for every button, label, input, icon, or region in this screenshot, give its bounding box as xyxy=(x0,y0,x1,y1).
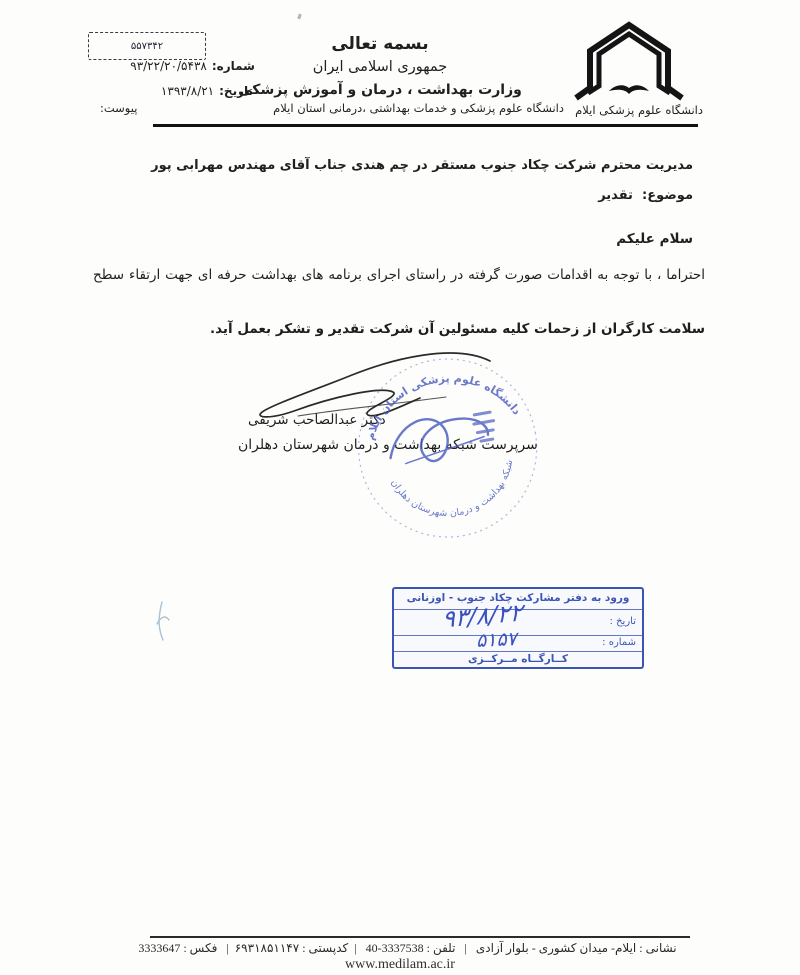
footer-fax: فکس : 3333647 xyxy=(138,941,217,955)
stamp-arc-bottom-text: شبکه بهداشت و درمان شهرستان دهلران xyxy=(388,457,524,529)
republic-heading: جمهوری اسلامی ایران xyxy=(280,59,480,75)
subject-line: موضوع: تقدیر xyxy=(598,188,693,203)
footer-phone: تلفن : 3337538-40 xyxy=(366,941,456,955)
subject-label: موضوع: xyxy=(642,188,693,203)
footer-rule xyxy=(150,936,690,938)
university-line: دانشگاه علوم پزشکی و خدمات بهداشتی ،درما… xyxy=(100,101,564,115)
footer-postal: کدپستی : ۶۹۳۱۸۵۱۱۴۷ xyxy=(235,941,348,955)
footer-contact-line: نشانی : ایلام- میدان کشوری - بلوار آزادی… xyxy=(110,941,705,956)
footer-divider: | xyxy=(464,941,466,955)
number-value: ۹۳/۲۲/۲۰/۵۴۳۸ xyxy=(130,59,207,73)
footer-website: www.medilam.ac.ir xyxy=(0,957,800,973)
letterhead-serial-box: ۵۵۷۳۴۲ xyxy=(88,32,206,60)
header-rule xyxy=(153,124,698,127)
receipt-date-label: تاریخ : xyxy=(610,616,636,627)
subject-value: تقدیر xyxy=(598,188,633,203)
round-stamp: دانشگاه علوم پزشکی استان ایلام شبکه بهدا… xyxy=(336,337,559,563)
svg-text:دانشگاه علوم پزشکی استان ایلام: دانشگاه علوم پزشکی استان ایلام xyxy=(354,359,524,444)
attachment-label: پیوست: xyxy=(100,101,137,115)
university-full-name: دانشگاه علوم پزشکی و خدمات بهداشتی ،درما… xyxy=(273,101,564,115)
university-logo-icon xyxy=(562,20,696,102)
serial-number: ۵۵۷۳۴۲ xyxy=(131,41,163,52)
letter-number-line: شماره:۹۳/۲۲/۲۰/۵۴۳۸ xyxy=(130,59,255,73)
university-short-name: دانشگاه علوم پزشکی ایلام xyxy=(575,103,703,117)
date-value: ۱۳۹۳/۸/۲۱ xyxy=(161,84,214,98)
receipt-footer: کــارگــاه مــرکــزی xyxy=(394,653,642,665)
scanned-letter-page: ۵۵۷۳۴۲ شماره:۹۳/۲۲/۲۰/۵۴۳۸ تاریخ:۱۳۹۳/۸/… xyxy=(0,0,800,975)
receipt-number-label: شماره : xyxy=(602,637,636,648)
scan-speck xyxy=(297,14,302,20)
recipient-line: مدیریت محترم شرکت چکاد جنوب مستقر در چم … xyxy=(151,158,693,173)
svg-text:شبکه بهداشت و درمان شهرستان ده: شبکه بهداشت و درمان شهرستان دهلران xyxy=(388,457,524,529)
receipt-number-value: ۵۱۵۷ xyxy=(475,628,517,652)
footer-divider: | xyxy=(354,941,356,955)
receipt-stamp-box: ورود به دفتر مشارکت چکاد جنوب - اوزنانی … xyxy=(392,587,644,669)
pen-mark-icon xyxy=(148,596,174,648)
footer-divider: | xyxy=(226,941,228,955)
footer-address: نشانی : ایلام- میدان کشوری - بلوار آزادی xyxy=(476,941,677,955)
body-paragraph-line-1: احتراما ، با توجه به اقدامات صورت گرفته … xyxy=(93,267,705,283)
besmeleh-heading: بسمه تعالی xyxy=(280,34,480,54)
stamp-arc-top-text: دانشگاه علوم پزشکی استان ایلام xyxy=(354,359,524,444)
number-label: شماره: xyxy=(212,59,255,73)
greeting-line: سلام علیکم xyxy=(616,231,693,247)
body-paragraph-line-2: سلامت کارگران از زحمات کلیه مسئولین آن ش… xyxy=(210,321,705,337)
ministry-heading: وزارت بهداشت ، درمان و آموزش پزشکی xyxy=(230,82,530,98)
